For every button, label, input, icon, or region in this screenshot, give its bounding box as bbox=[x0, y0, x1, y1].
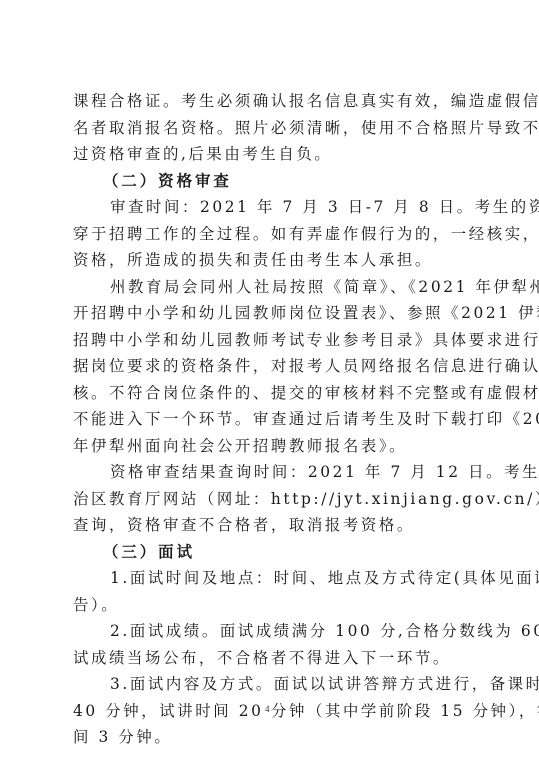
section-heading-interview: （三）面试 bbox=[73, 539, 469, 566]
text-line: 过资格审查的,后果由考生自负。 bbox=[73, 141, 469, 168]
text-line: 试成绩当场公布，不合格者不得进入下一环节。 bbox=[73, 645, 469, 672]
text-line: 间 3 分钟。 bbox=[73, 724, 469, 751]
text-line: 据岗位要求的资格条件，对报考人员网络报名信息进行确认审 bbox=[73, 353, 469, 380]
text-line: 查询，资格审查不合格者，取消报考资格。 bbox=[73, 512, 469, 539]
text-line: 年伊犁州面向社会公开招聘教师报名表》。 bbox=[73, 433, 469, 460]
text-line: 不能进入下一个环节。审查通过后请考生及时下载打印《2021 bbox=[73, 406, 469, 433]
text-line: 40 分钟，试讲时间 20 分钟（其中学前阶段 15 分钟），答辩时 bbox=[73, 698, 469, 725]
list-item-1-first-line: 1.面试时间及地点：时间、地点及方式待定(具体见面试公 bbox=[73, 565, 469, 592]
text-line: 资格，所造成的损失和责任由考生本人承担。 bbox=[73, 247, 469, 274]
list-item-2-first-line: 2.面试成绩。面试成绩满分 100 分,合格分数线为 60 分。面 bbox=[73, 618, 469, 645]
text-line: 穿于招聘工作的全过程。如有弄虚作假行为的，一经核实，取消 bbox=[73, 221, 469, 248]
paragraph-first-line: 州教育局会同州人社局按照《简章》、《2021 年伊犁州公 bbox=[73, 274, 469, 301]
text-line: 招聘中小学和幼儿园教师考试专业参考目录》具体要求进行。根 bbox=[73, 327, 469, 354]
text-line: 告）。 bbox=[73, 592, 469, 619]
document-page: 课程合格证。考生必须确认报名信息真实有效，编造虚假信息报 名者取消报名资格。照片… bbox=[73, 88, 469, 751]
paragraph-first-line: 审查时间：2021 年 7 月 3 日-7 月 8 日。考生的资格审查贯 bbox=[73, 194, 469, 221]
text-line: 课程合格证。考生必须确认报名信息真实有效，编造虚假信息报 bbox=[73, 88, 469, 115]
page-number: 4 bbox=[265, 704, 270, 714]
text-line: 核。不符合岗位条件的、提交的审核材料不完整或有虚假材料的， bbox=[73, 380, 469, 407]
section-heading-qualification-review: （二）资格审查 bbox=[73, 168, 469, 195]
text-line-with-url: 治区教育厅网站（网址：http://jyt.xinjiang.gov.cn/）进… bbox=[73, 486, 469, 513]
text-line: 开招聘中小学和幼儿园教师岗位设置表》、参照《2021 伊犁州 bbox=[73, 300, 469, 327]
text-line: 名者取消报名资格。照片必须清晰，使用不合格照片导致不能通 bbox=[73, 115, 469, 142]
list-item-3-first-line: 3.面试内容及方式。面试以试讲答辩方式进行，备课时间 bbox=[73, 671, 469, 698]
paragraph-first-line: 资格审查结果查询时间：2021 年 7 月 12 日。考生可登陆自 bbox=[73, 459, 469, 486]
